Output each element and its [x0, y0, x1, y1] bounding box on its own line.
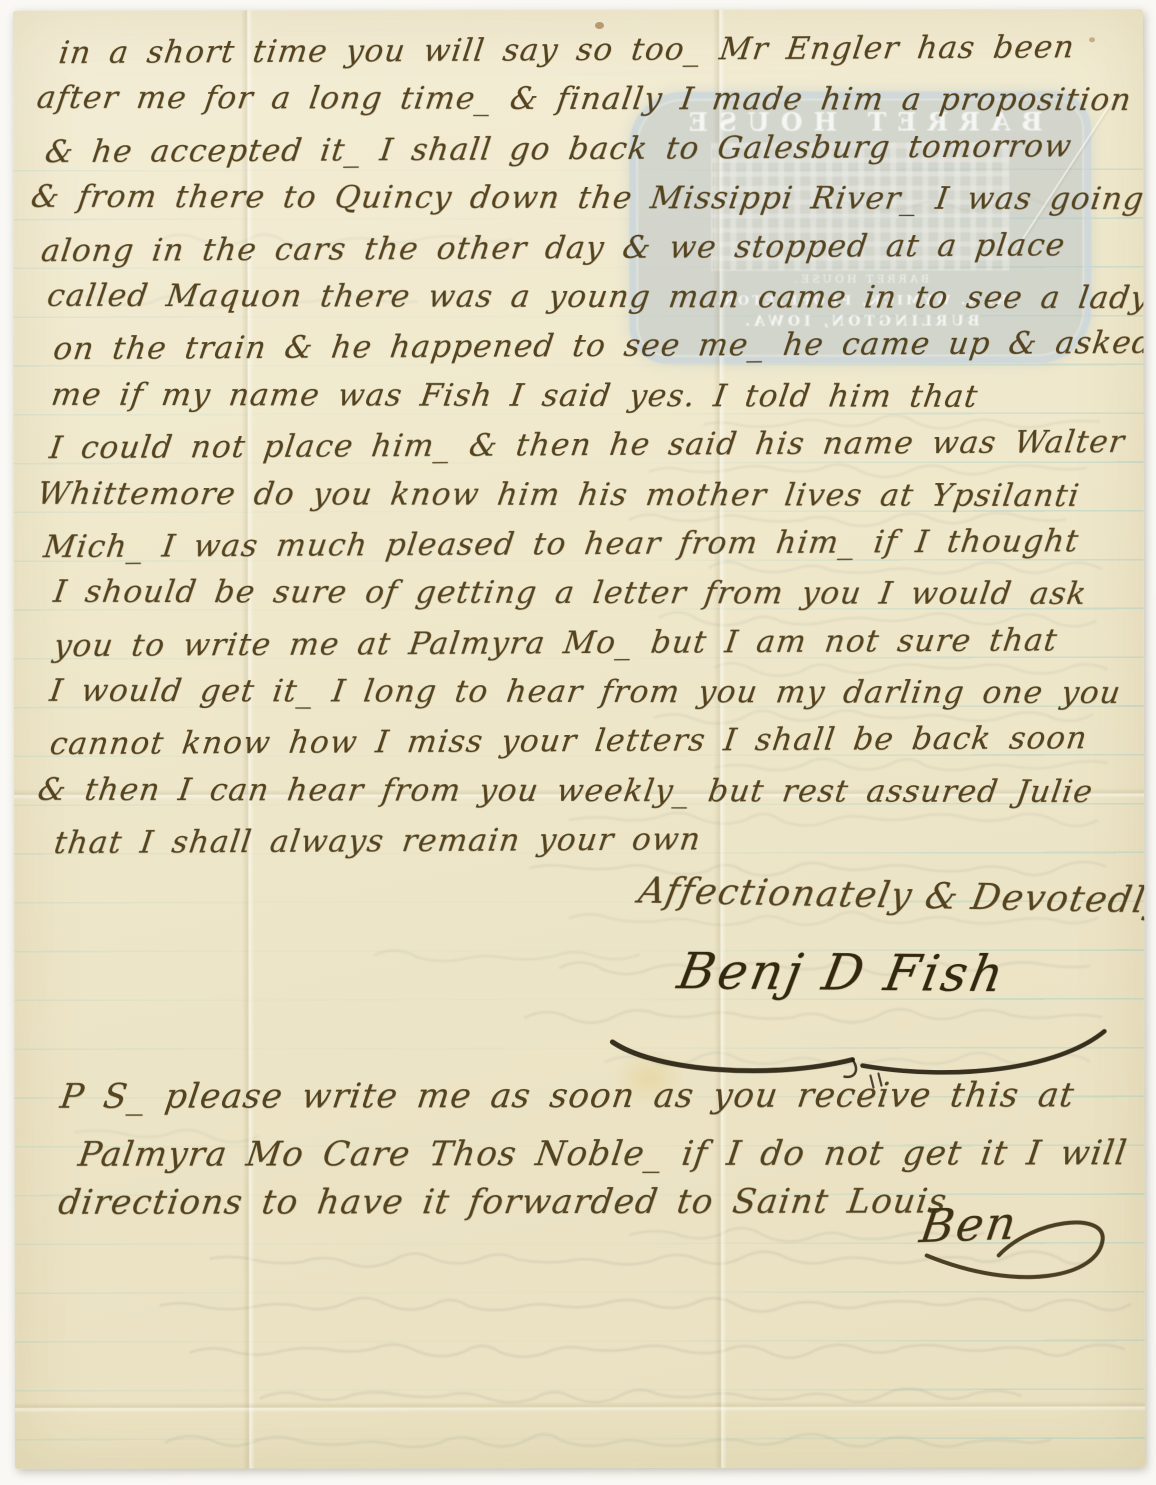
signature: Benj D Fish [678, 943, 1006, 1001]
letter-line: after me for a long time_ & finally I ma… [37, 74, 1145, 126]
letter-line: Mich_ I was much pleased to hear from hi… [44, 517, 1145, 573]
ps-line: P S_ please write me as soon as you rece… [60, 1075, 1074, 1116]
ps-line: Palmyra Mo Care Thos Noble_ if I do not … [79, 1133, 1145, 1175]
letter-line: & then I can hear from you weekly_ but r… [38, 766, 1145, 818]
letter-line: I could not place him_ & then he said hi… [49, 418, 1145, 474]
ghost-stroke [210, 1251, 1092, 1267]
closing-line: Affectionately & Devotedly [638, 875, 1145, 917]
letter-line: cannot know how I miss your letters I sh… [50, 714, 1145, 770]
letter-page: BARRET HOUSE BARRET HOUSE. R. A. WYMICK,… [13, 9, 1145, 1469]
letter-line: you to write me at Palmyra Mo_ but I am … [54, 615, 1145, 671]
ghost-stroke [260, 1388, 1022, 1402]
letter-line: & he accepted it_ I shall go back to Gal… [45, 122, 1145, 178]
letter-line: called Maquon there was a young man came… [47, 272, 1145, 324]
ghost-stroke [374, 950, 640, 961]
letter-line: that I shall always remain your own [54, 813, 1145, 869]
letter-line: on the train & he happened to see me_ he… [53, 319, 1145, 375]
letter-line: I should be sure of getting a letter fro… [54, 568, 1145, 620]
ps-line: directions to have it forwarded to Saint… [59, 1181, 947, 1222]
ghost-stroke [190, 1343, 1124, 1358]
letter-line: I would get it_ I long to hear from you … [50, 667, 1145, 719]
scanned-letter: BARRET HOUSE BARRET HOUSE. R. A. WYMICK,… [0, 0, 1156, 1485]
ghost-stroke [165, 1434, 1051, 1448]
ps-signature: Ben [921, 1197, 1018, 1251]
ghost-stroke [160, 1297, 1131, 1313]
letter-line: me if my name was Fish I said yes. I tol… [51, 371, 1145, 423]
letter-body: in a short time you will say so too_ Mr … [29, 25, 1145, 866]
letter-line: Whittemore do you know him his mother li… [38, 469, 1145, 521]
ghost-stroke [524, 1009, 1102, 1023]
letter-line: along in the cars the other day & we sto… [41, 220, 1145, 276]
letter-line: & from there to Quincy down the Missippi… [31, 173, 1145, 225]
ghost-stroke [604, 1052, 1089, 1065]
letter-line: in a short time you will say so too_ Mr … [59, 23, 1145, 79]
fold-crease-horizontal-bottom [15, 1401, 1145, 1413]
